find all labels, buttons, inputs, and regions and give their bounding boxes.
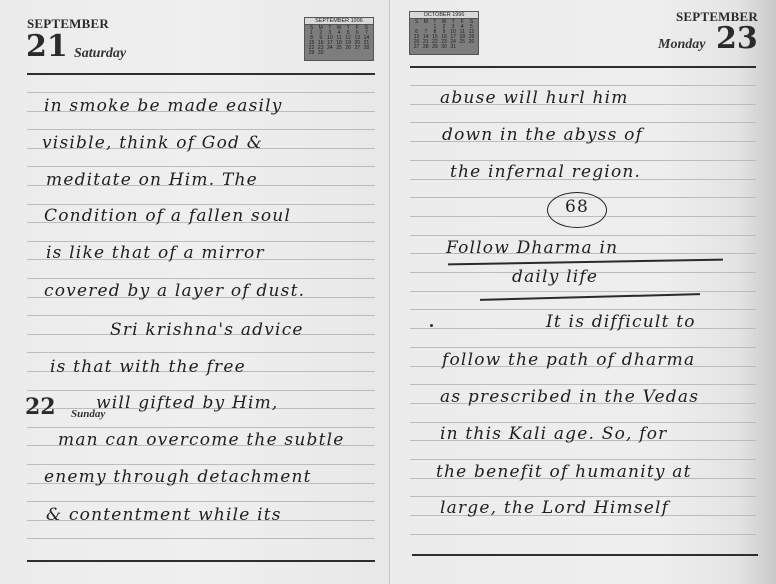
ruled-line: [410, 534, 756, 535]
calendar-day: [325, 51, 334, 56]
mini-calendar-grid: SMTWTFS123456789101112131415161718192021…: [410, 19, 478, 50]
ruled-line: [27, 92, 375, 93]
ruled-line: [410, 85, 756, 86]
calendar-day: [344, 51, 353, 56]
ruled-line: [27, 427, 375, 428]
handwriting-line: is that with the free: [50, 357, 246, 377]
handwriting-line: follow the path of dharma: [442, 350, 695, 370]
ruled-line: [410, 347, 756, 348]
calendar-day: 31: [449, 45, 458, 50]
heading-underline-1: [448, 259, 723, 265]
ruled-line: [410, 384, 756, 385]
mini-calendar-grid: SMTWTFS123456789101112131415161718192021…: [305, 25, 373, 56]
mini-calendar-title: OCTOBER 1996: [410, 12, 478, 19]
ruled-line: [27, 390, 375, 391]
ruled-line: [27, 501, 375, 502]
ruled-line: [410, 235, 756, 236]
handwriting-line: large, the Lord Himself: [440, 498, 669, 518]
handwriting-line: the benefit of humanity at: [436, 462, 692, 482]
handwriting-line: enemy through detachment: [44, 467, 312, 487]
handwriting-line: visible, think of God &: [42, 133, 263, 153]
ruled-line: [27, 129, 375, 130]
ruled-line: [27, 241, 375, 242]
handwriting-line: the infernal region.: [450, 162, 641, 182]
right-diary-page: OCTOBER 1996 SMTWTFS12345678910111213141…: [390, 0, 776, 584]
left-diary-page: SEPTEMBER 21 Saturday SEPTEMBER 1996 SMT…: [0, 0, 390, 584]
handwriting-line: down in the abyss of: [442, 125, 643, 145]
calendar-day: 28: [421, 45, 430, 50]
second-day-number: 22: [25, 396, 56, 418]
day-number: 23: [716, 24, 758, 54]
handwriting-line: abuse will hurl him: [440, 88, 629, 108]
handwriting-line: It is difficult to: [546, 312, 696, 332]
ruled-line: [410, 160, 756, 161]
footer-rule: [412, 554, 758, 556]
handwriting-line: as prescribed in the Vedas: [440, 387, 699, 407]
ruled-line: [410, 309, 756, 310]
ruled-line: [410, 459, 756, 460]
calendar-day: [458, 45, 467, 50]
calendar-day: 27: [412, 45, 421, 50]
calendar-day: 29: [307, 51, 316, 56]
section-heading-line-1: Follow Dharma in: [446, 238, 618, 258]
handwriting-line: will gifted by Him,: [96, 393, 279, 413]
section-heading-line-2: daily life: [512, 267, 598, 287]
circled-number: 68: [565, 197, 589, 217]
calendar-day: 29: [430, 45, 439, 50]
ruled-line: [27, 538, 375, 539]
handwriting-line: in this Kali age. So, for: [440, 424, 667, 444]
ruled-line: [27, 352, 375, 353]
handwriting-line: is like that of a mirror: [46, 243, 265, 263]
ruled-line: [27, 166, 375, 167]
handwriting-line: covered by a layer of dust.: [44, 281, 305, 301]
ruled-line: [27, 204, 375, 205]
calendar-day: 30: [316, 51, 325, 56]
calendar-day: [334, 51, 343, 56]
ruled-line: [27, 278, 375, 279]
day-name: Monday: [658, 37, 705, 53]
header-rule: [27, 73, 375, 75]
footer-rule: [27, 560, 375, 562]
handwriting-line: & contentment while its: [46, 505, 282, 525]
calendar-day: [353, 51, 362, 56]
calendar-day: [362, 51, 371, 56]
mini-calendar-october: OCTOBER 1996 SMTWTFS12345678910111213141…: [409, 11, 479, 55]
handwriting-line: Sri krishna's advice: [110, 320, 304, 340]
mini-calendar-september: SEPTEMBER 1996 SMTWTFS123456789101112131…: [304, 17, 374, 61]
handwriting-line: in smoke be made easily: [44, 96, 283, 116]
calendar-day: [467, 45, 476, 50]
ruled-line: [27, 464, 375, 465]
heading-underline-2: [480, 293, 700, 300]
day-name: Saturday: [74, 46, 126, 62]
header-rule: [410, 66, 756, 68]
handwriting-line: man can overcome the subtle: [58, 430, 345, 450]
ruled-line: [410, 122, 756, 123]
calendar-day: 30: [439, 45, 448, 50]
handwriting-line: Condition of a fallen soul: [44, 206, 291, 226]
ruled-line: [410, 422, 756, 423]
handwriting-line: meditate on Him. The: [46, 170, 258, 190]
ruled-line: [410, 291, 756, 292]
ruled-line: [27, 315, 375, 316]
margin-mark: [430, 324, 433, 327]
mini-calendar-title: SEPTEMBER 1996: [305, 18, 373, 25]
day-number: 21: [26, 32, 68, 62]
